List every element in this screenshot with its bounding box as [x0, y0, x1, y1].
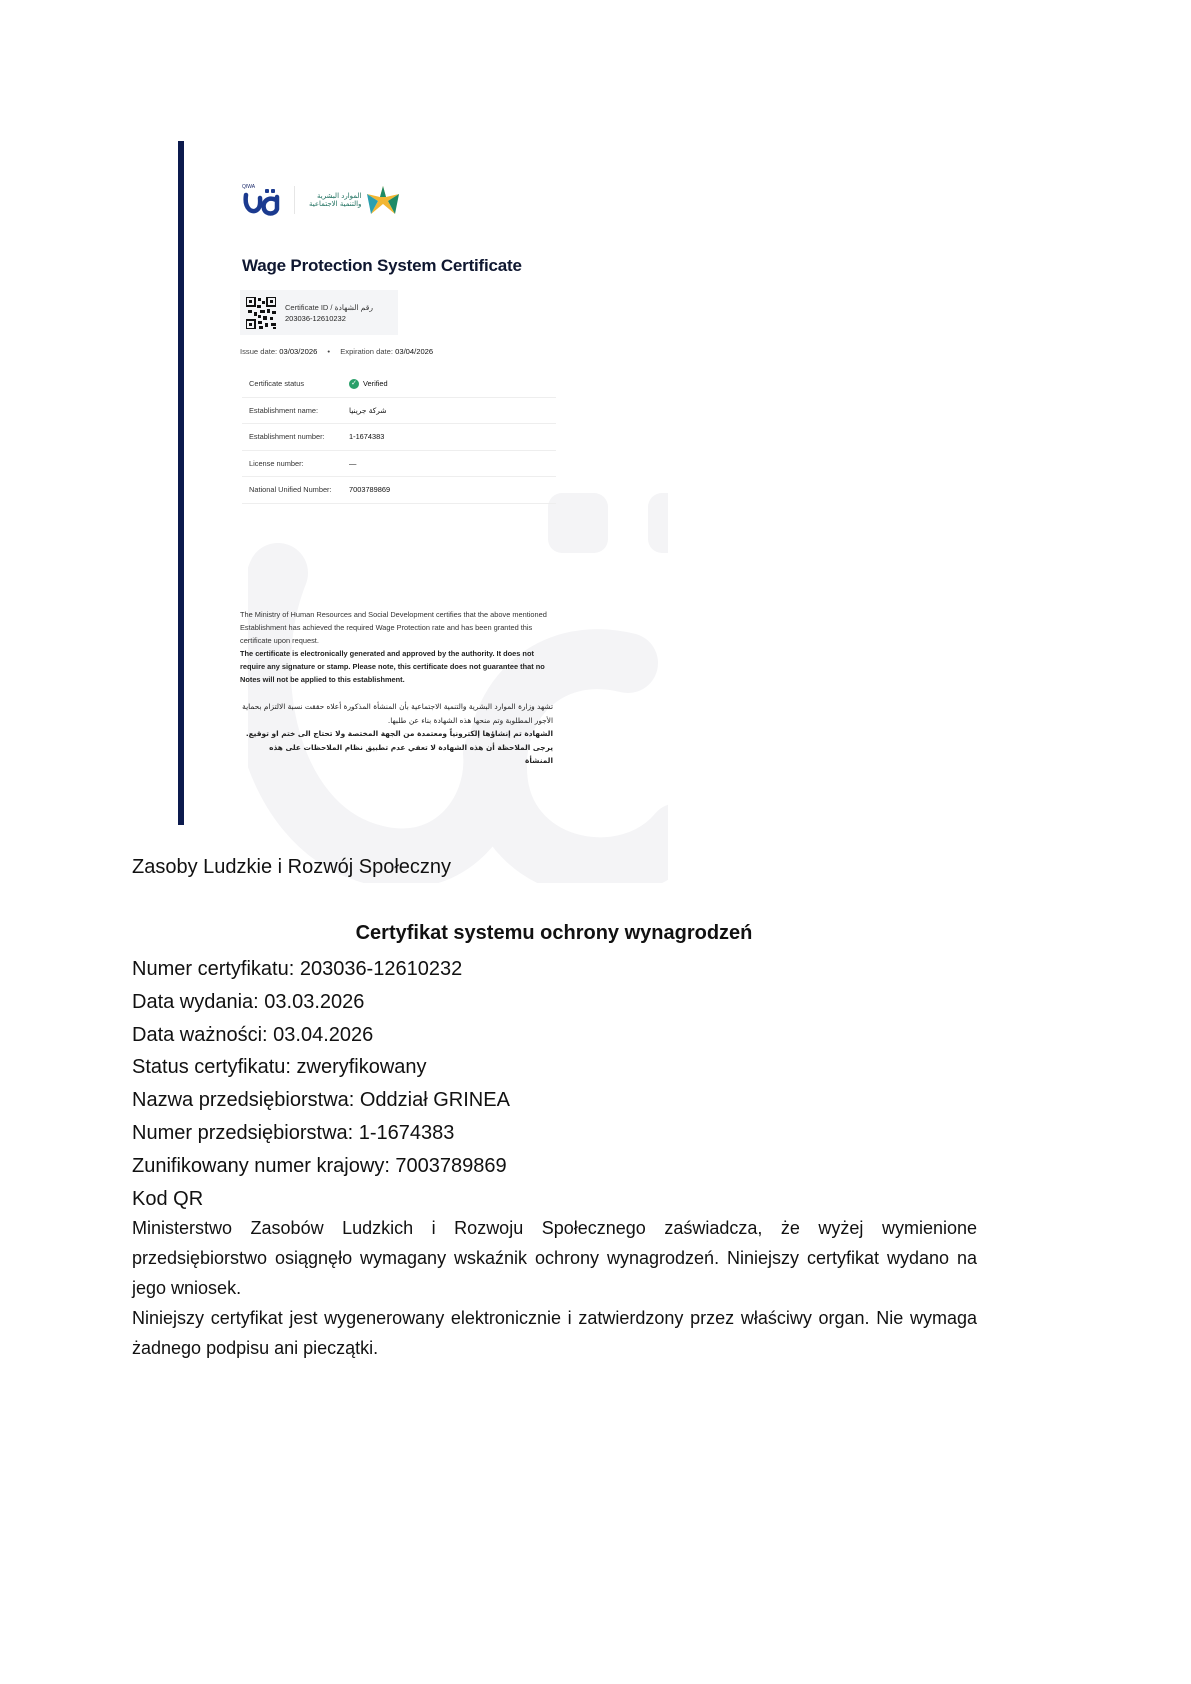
ministry-logo-text-1: الموارد البشرية: [309, 192, 361, 200]
detail-label: National Unified Number:: [242, 485, 349, 494]
detail-row-national-unified-number: National Unified Number: 7003789869: [242, 477, 556, 504]
english-certification-text: The Ministry of Human Resources and Soci…: [240, 608, 560, 647]
english-statement: The Ministry of Human Resources and Soci…: [240, 608, 560, 686]
expiration-date-label: Expiration date:: [340, 347, 393, 356]
arabic-certification-text: تشهد وزارة الموارد البشرية والتنمية الاج…: [240, 700, 553, 727]
logo-divider: [294, 186, 295, 214]
ministry-star-icon: [365, 184, 401, 216]
header-logos: QIWA الموارد البشرية والتنمية الاجتماعية: [242, 180, 401, 220]
translation-paragraph-2: Niniejszy certyfikat jest wygenerowany e…: [132, 1303, 977, 1363]
issue-date: 03/03/2026: [279, 347, 317, 356]
check-circle-icon: ✓: [349, 379, 359, 389]
certificate-id-label: Certificate ID / رقم الشهادة: [285, 302, 373, 313]
ministry-logo: الموارد البشرية والتنمية الاجتماعية: [309, 184, 401, 216]
ministry-name: Zasoby Ludzkie i Rozwój Społeczny: [132, 856, 451, 879]
field-expiration-date: Data ważności: 03.04.2026: [132, 1019, 510, 1052]
issue-date-label: Issue date:: [240, 347, 277, 356]
svg-text:QIWA: QIWA: [242, 184, 256, 190]
translation-fields: Numer certyfikatu: 203036-12610232 Data …: [132, 953, 510, 1215]
detail-label: License number:: [242, 459, 349, 468]
detail-value: —: [349, 459, 356, 468]
field-certificate-status: Status certyfikatu: zweryfikowany: [132, 1051, 510, 1084]
certificate-id-value: 203036-12610232: [285, 313, 373, 324]
detail-row-status: Certificate status ✓Verified: [242, 371, 556, 398]
qiwa-logo-icon: QIWA: [242, 182, 282, 218]
detail-row-establishment-number: Establishment number: 1-1674383: [242, 424, 556, 451]
expiration-date: 03/04/2026: [395, 347, 433, 356]
ministry-logo-text-2: والتنمية الاجتماعية: [309, 200, 361, 208]
arabic-disclaimer-text: الشهادة تم إنشاؤها إلكترونياً ومعتمدة من…: [240, 727, 553, 768]
field-qr-code: Kod QR: [132, 1183, 510, 1216]
certificate-image: QIWA الموارد البشرية والتنمية الاجتماعية…: [178, 138, 668, 883]
detail-row-license-number: License number: —: [242, 451, 556, 478]
translation-paragraph-1: Ministerstwo Zasobów Ludzkich i Rozwoju …: [132, 1213, 977, 1303]
field-certificate-number: Numer certyfikatu: 203036-12610232: [132, 953, 510, 986]
qr-code-icon: [246, 297, 276, 329]
field-establishment-number: Numer przedsiębiorstwa: 1-1674383: [132, 1117, 510, 1150]
detail-value: 1-1674383: [349, 432, 384, 441]
certificate-id-box: Certificate ID / رقم الشهادة 203036-1261…: [240, 290, 398, 335]
field-national-unified-number: Zunifikowany numer krajowy: 7003789869: [132, 1150, 510, 1183]
accent-bar: [178, 141, 184, 825]
arabic-statement: تشهد وزارة الموارد البشرية والتنمية الاج…: [240, 700, 553, 768]
certificate-details: Certificate status ✓Verified Establishme…: [242, 371, 556, 504]
detail-row-establishment-name: Establishment name: شركة جرينيا: [242, 398, 556, 425]
detail-value: شركة جرينيا: [349, 406, 387, 415]
detail-label: Certificate status: [242, 379, 349, 388]
detail-value: 7003789869: [349, 485, 390, 494]
english-disclaimer-text: The certificate is electronically genera…: [240, 647, 560, 686]
translation-heading: Certyfikat systemu ochrony wynagrodzeń: [132, 922, 976, 945]
status-badge: Verified: [363, 379, 388, 388]
field-issue-date: Data wydania: 03.03.2026: [132, 986, 510, 1019]
detail-label: Establishment name:: [242, 406, 349, 415]
certificate-dates: Issue date: 03/03/2026 • Expiration date…: [240, 347, 433, 356]
qiwa-watermark-icon: [248, 493, 668, 883]
field-establishment-name: Nazwa przedsiębiorstwa: Oddział GRINEA: [132, 1084, 510, 1117]
certificate-title: Wage Protection System Certificate: [242, 256, 522, 276]
separator-dot: •: [327, 347, 330, 356]
detail-label: Establishment number:: [242, 432, 349, 441]
